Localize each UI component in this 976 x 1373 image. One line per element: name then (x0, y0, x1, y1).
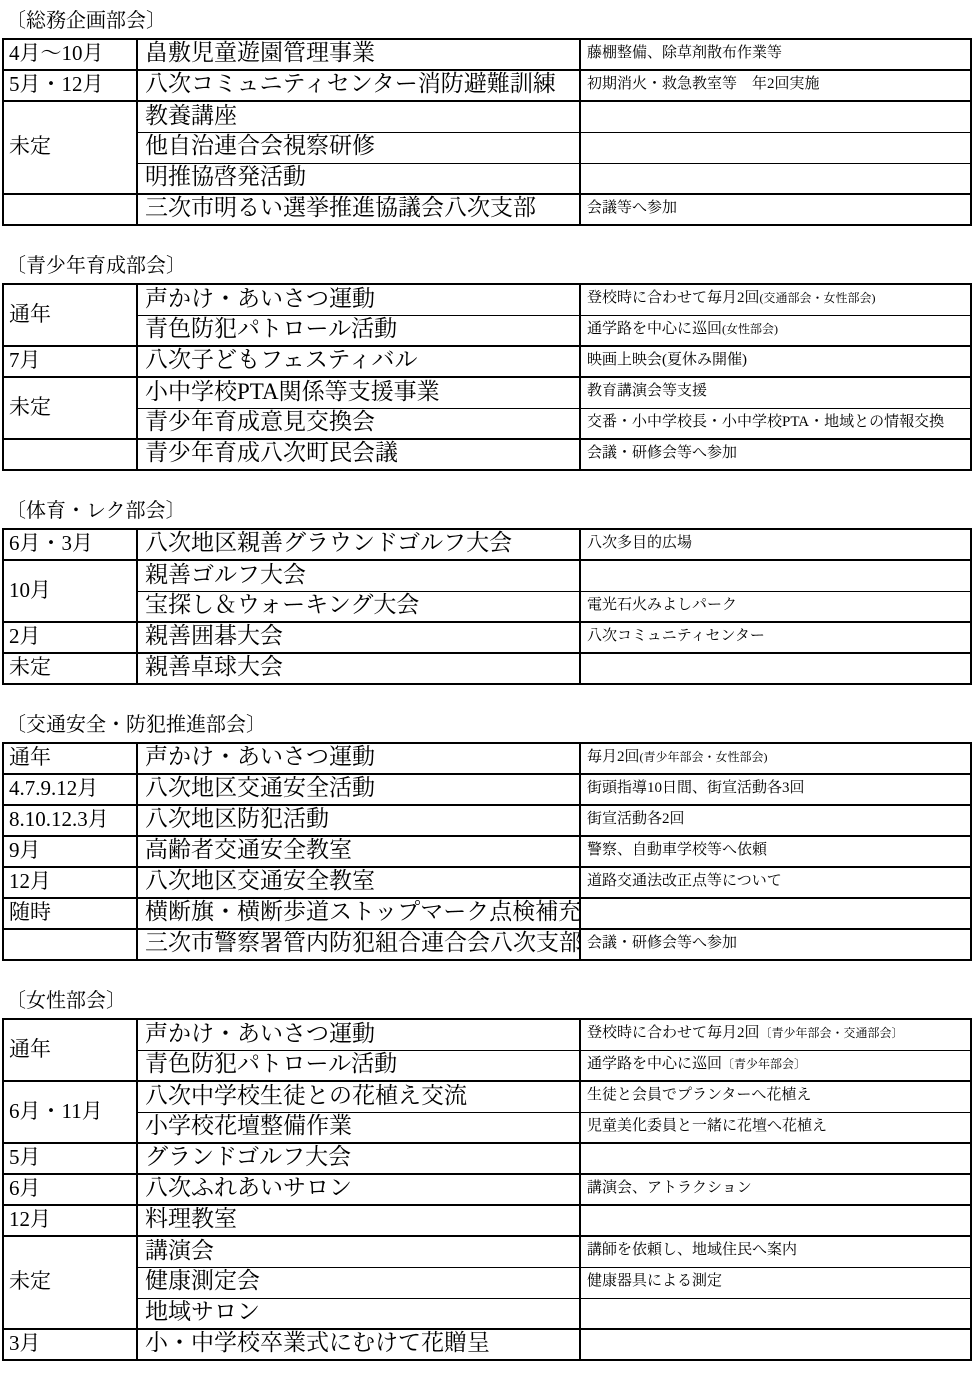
note-cell: 街宣活動各2回 (580, 805, 971, 836)
period-cell: 通年 (3, 1019, 137, 1081)
activity-cell: 八次地区交通安全教室 (137, 867, 580, 898)
period-cell: 未定 (3, 101, 137, 194)
table-row: 3月小・中学校卒業式にむけて花贈呈 (3, 1329, 971, 1360)
schedule-table: 通年声かけ・あいさつ運動毎月2回(青少年部会・女性部会)4.7.9.12月八次地… (2, 742, 972, 961)
note-text: 街頭指導10日間、街宣活動各3回 (587, 780, 805, 796)
activity-cell: 料理教室 (137, 1205, 580, 1236)
section-title: 〔体育・レク部会〕 (6, 500, 973, 522)
activity-cell: 宝探し＆ウォーキング大会 (137, 591, 580, 622)
note-text: 藤棚整備、除草剤散布作業等 (587, 45, 782, 61)
activity-cell: 声かけ・あいさつ運動 (137, 743, 580, 774)
committee-section: 〔青少年育成部会〕通年声かけ・あいさつ運動登校時に合わせて毎月2回(交通部会・女… (2, 255, 973, 471)
activity-cell: 八次コミュニティセンター消防避難訓練 (137, 70, 580, 101)
table-row: 健康測定会健康器具による測定 (3, 1267, 971, 1298)
table-row: 青色防犯パトロール活動通学路を中心に巡回〔青少年部会〕 (3, 1050, 971, 1081)
activity-cell: 明推協啓発活動 (137, 163, 580, 194)
activity-cell: 教養講座 (137, 101, 580, 132)
period-cell: 6月 (3, 1174, 137, 1205)
note-cell: 講師を依頼し、地域住民へ案内 (580, 1236, 971, 1267)
note-cell (580, 1143, 971, 1174)
note-cell: 教育講演会等支援 (580, 377, 971, 408)
period-cell: 未定 (3, 1236, 137, 1329)
table-row: 未定親善卓球大会 (3, 653, 971, 684)
table-row: 三次市警察署管内防犯組合連合会八次支部会議・研修会等へ参加 (3, 929, 971, 960)
activity-cell: 親善囲碁大会 (137, 622, 580, 653)
note-cell: 電光石火みよしパーク (580, 591, 971, 622)
note-small-text: (青少年部会・女性部会) (640, 750, 768, 764)
activity-cell: 小学校花壇整備作業 (137, 1112, 580, 1143)
activity-cell: 小中学校PTA関係等支援事業 (137, 377, 580, 408)
table-row: 未定小中学校PTA関係等支援事業教育講演会等支援 (3, 377, 971, 408)
note-cell: 藤棚整備、除草剤散布作業等 (580, 39, 971, 70)
section-title: 〔総務企画部会〕 (6, 10, 973, 32)
activity-cell: 三次市明るい選挙推進協議会八次支部 (137, 194, 580, 225)
table-row: 青色防犯パトロール活動通学路を中心に巡回(女性部会) (3, 315, 971, 346)
period-cell (3, 194, 137, 225)
note-small-text: 〔青少年部会・交通部会〕 (760, 1026, 904, 1040)
table-row: 通年声かけ・あいさつ運動毎月2回(青少年部会・女性部会) (3, 743, 971, 774)
activity-cell: 八次地区交通安全活動 (137, 774, 580, 805)
activity-cell: 畠敷児童遊園管理事業 (137, 39, 580, 70)
note-cell: 街頭指導10日間、街宣活動各3回 (580, 774, 971, 805)
note-text: 会議等へ参加 (587, 200, 677, 216)
committee-section: 〔女性部会〕通年声かけ・あいさつ運動登校時に合わせて毎月2回〔青少年部会・交通部… (2, 990, 973, 1361)
note-text: 教育講演会等支援 (587, 383, 707, 399)
committee-section: 〔交通安全・防犯推進部会〕通年声かけ・あいさつ運動毎月2回(青少年部会・女性部会… (2, 714, 973, 961)
note-cell: 初期消火・救急教室等 年2回実施 (580, 70, 971, 101)
note-text: 登校時に合わせて毎月2回 (587, 290, 760, 306)
note-small-text: (女性部会) (722, 322, 778, 336)
note-cell (580, 653, 971, 684)
table-row: 未定教養講座 (3, 101, 971, 132)
table-row: 随時横断旗・横断歩道ストップマーク点検補充 (3, 898, 971, 929)
note-cell (580, 898, 971, 929)
period-cell: 通年 (3, 743, 137, 774)
table-row: 12月料理教室 (3, 1205, 971, 1236)
table-row: 9月高齢者交通安全教室警察、自動車学校等へ依頼 (3, 836, 971, 867)
activity-cell: 声かけ・あいさつ運動 (137, 284, 580, 315)
table-row: 4月～10月畠敷児童遊園管理事業藤棚整備、除草剤散布作業等 (3, 39, 971, 70)
table-row: 宝探し＆ウォーキング大会電光石火みよしパーク (3, 591, 971, 622)
period-cell: 6月・3月 (3, 529, 137, 560)
note-cell (580, 1329, 971, 1360)
note-text: 講演会、アトラクション (587, 1180, 752, 1196)
activity-cell: 小・中学校卒業式にむけて花贈呈 (137, 1329, 580, 1360)
period-cell: 12月 (3, 1205, 137, 1236)
note-small-text: 〔青少年部会〕 (722, 1057, 806, 1071)
period-cell: 10月 (3, 560, 137, 622)
note-cell: 映画上映会(夏休み開催) (580, 346, 971, 377)
table-row: 通年声かけ・あいさつ運動登校時に合わせて毎月2回〔青少年部会・交通部会〕 (3, 1019, 971, 1050)
committee-section: 〔総務企画部会〕4月～10月畠敷児童遊園管理事業藤棚整備、除草剤散布作業等5月・… (2, 10, 973, 226)
note-cell: 道路交通法改正点等について (580, 867, 971, 898)
note-cell (580, 132, 971, 163)
table-row: 10月親善ゴルフ大会 (3, 560, 971, 591)
table-row: 6月・11月八次中学校生徒との花植え交流生徒と会員でプランターへ花植え (3, 1081, 971, 1112)
note-text: 映画上映会(夏休み開催) (587, 352, 747, 368)
table-row: 地域サロン (3, 1298, 971, 1329)
note-cell: 児童美化委員と一緒に花壇へ花植え (580, 1112, 971, 1143)
activity-cell: 八次地区防犯活動 (137, 805, 580, 836)
note-cell (580, 1298, 971, 1329)
table-row: 5月・12月八次コミュニティセンター消防避難訓練初期消火・救急教室等 年2回実施 (3, 70, 971, 101)
note-text: 生徒と会員でプランターへ花植え (587, 1087, 811, 1103)
period-cell: 通年 (3, 284, 137, 346)
note-cell: 生徒と会員でプランターへ花植え (580, 1081, 971, 1112)
activity-cell: 横断旗・横断歩道ストップマーク点検補充 (137, 898, 580, 929)
table-row: 4.7.9.12月八次地区交通安全活動街頭指導10日間、街宣活動各3回 (3, 774, 971, 805)
table-row: 他自治連合会視察研修 (3, 132, 971, 163)
note-cell: 登校時に合わせて毎月2回〔青少年部会・交通部会〕 (580, 1019, 971, 1050)
section-title: 〔女性部会〕 (6, 990, 973, 1012)
table-row: 未定講演会講師を依頼し、地域住民へ案内 (3, 1236, 971, 1267)
period-cell (3, 439, 137, 470)
note-cell: 毎月2回(青少年部会・女性部会) (580, 743, 971, 774)
note-text: 登校時に合わせて毎月2回 (587, 1025, 760, 1041)
note-text: 会議・研修会等へ参加 (587, 445, 737, 461)
schedule-table: 4月～10月畠敷児童遊園管理事業藤棚整備、除草剤散布作業等5月・12月八次コミュ… (2, 38, 972, 226)
note-cell: 通学路を中心に巡回(女性部会) (580, 315, 971, 346)
note-cell: 健康器具による測定 (580, 1267, 971, 1298)
activity-cell: 青色防犯パトロール活動 (137, 315, 580, 346)
note-cell: 八次コミュニティセンター (580, 622, 971, 653)
note-text: 電光石火みよしパーク (587, 597, 737, 613)
table-row: 2月親善囲碁大会八次コミュニティセンター (3, 622, 971, 653)
period-cell: 随時 (3, 898, 137, 929)
activity-cell: 健康測定会 (137, 1267, 580, 1298)
schedule-table: 通年声かけ・あいさつ運動登校時に合わせて毎月2回〔青少年部会・交通部会〕青色防犯… (2, 1018, 972, 1361)
note-cell: 講演会、アトラクション (580, 1174, 971, 1205)
activity-cell: 八次ふれあいサロン (137, 1174, 580, 1205)
note-text: 毎月2回 (587, 749, 640, 765)
note-cell: 通学路を中心に巡回〔青少年部会〕 (580, 1050, 971, 1081)
activity-cell: 八次子どもフェスティバル (137, 346, 580, 377)
note-text: 八次コミュニティセンター (587, 628, 765, 644)
period-cell: 未定 (3, 653, 137, 684)
note-text: 児童美化委員と一緒に花壇へ花植え (587, 1118, 827, 1134)
activity-cell: 青少年育成八次町民会議 (137, 439, 580, 470)
table-row: 小学校花壇整備作業児童美化委員と一緒に花壇へ花植え (3, 1112, 971, 1143)
activity-cell: 他自治連合会視察研修 (137, 132, 580, 163)
table-row: 明推協啓発活動 (3, 163, 971, 194)
period-cell: 2月 (3, 622, 137, 653)
note-text: 初期消火・救急教室等 年2回実施 (587, 76, 820, 92)
period-cell: 9月 (3, 836, 137, 867)
schedule-table: 6月・3月八次地区親善グラウンドゴルフ大会八次多目的広場10月親善ゴルフ大会宝探… (2, 528, 972, 685)
page: 〔総務企画部会〕4月～10月畠敷児童遊園管理事業藤棚整備、除草剤散布作業等5月・… (0, 0, 976, 1361)
activity-cell: 青色防犯パトロール活動 (137, 1050, 580, 1081)
activity-cell: 地域サロン (137, 1298, 580, 1329)
section-title: 〔交通安全・防犯推進部会〕 (6, 714, 973, 736)
period-cell: 12月 (3, 867, 137, 898)
activity-cell: 親善ゴルフ大会 (137, 560, 580, 591)
note-text: 講師を依頼し、地域住民へ案内 (587, 1242, 797, 1258)
period-cell: 4月～10月 (3, 39, 137, 70)
note-cell: 八次多目的広場 (580, 529, 971, 560)
note-text: 会議・研修会等へ参加 (587, 935, 737, 951)
period-cell (3, 929, 137, 960)
period-cell: 未定 (3, 377, 137, 439)
note-text: 健康器具による測定 (587, 1273, 722, 1289)
period-cell: 8.10.12.3月 (3, 805, 137, 836)
period-cell: 5月 (3, 1143, 137, 1174)
activity-cell: 高齢者交通安全教室 (137, 836, 580, 867)
table-row: 6月八次ふれあいサロン講演会、アトラクション (3, 1174, 971, 1205)
committee-section: 〔体育・レク部会〕6月・3月八次地区親善グラウンドゴルフ大会八次多目的広場10月… (2, 500, 973, 685)
note-text: 通学路を中心に巡回 (587, 1056, 722, 1072)
note-cell: 会議・研修会等へ参加 (580, 929, 971, 960)
note-text: 警察、自動車学校等へ依頼 (587, 842, 767, 858)
activity-cell: グランドゴルフ大会 (137, 1143, 580, 1174)
table-row: 8.10.12.3月八次地区防犯活動街宣活動各2回 (3, 805, 971, 836)
activity-cell: 三次市警察署管内防犯組合連合会八次支部 (137, 929, 580, 960)
table-row: 青少年育成八次町民会議会議・研修会等へ参加 (3, 439, 971, 470)
note-cell: 交番・小中学校長・小中学校PTA・地域との情報交換 (580, 408, 971, 439)
period-cell: 6月・11月 (3, 1081, 137, 1143)
table-row: 5月グランドゴルフ大会 (3, 1143, 971, 1174)
period-cell: 3月 (3, 1329, 137, 1360)
note-cell (580, 560, 971, 591)
activity-cell: 親善卓球大会 (137, 653, 580, 684)
note-cell: 会議等へ参加 (580, 194, 971, 225)
table-row: 7月八次子どもフェスティバル映画上映会(夏休み開催) (3, 346, 971, 377)
note-cell: 登校時に合わせて毎月2回(交通部会・女性部会) (580, 284, 971, 315)
table-row: 12月八次地区交通安全教室道路交通法改正点等について (3, 867, 971, 898)
activity-cell: 八次中学校生徒との花植え交流 (137, 1081, 580, 1112)
table-row: 三次市明るい選挙推進協議会八次支部会議等へ参加 (3, 194, 971, 225)
period-cell: 4.7.9.12月 (3, 774, 137, 805)
note-text: 交番・小中学校長・小中学校PTA・地域との情報交換 (587, 414, 944, 430)
note-text: 通学路を中心に巡回 (587, 321, 722, 337)
note-small-text: (交通部会・女性部会) (760, 291, 876, 305)
table-row: 通年声かけ・あいさつ運動登校時に合わせて毎月2回(交通部会・女性部会) (3, 284, 971, 315)
period-cell: 5月・12月 (3, 70, 137, 101)
note-cell (580, 163, 971, 194)
activity-cell: 講演会 (137, 1236, 580, 1267)
period-cell: 7月 (3, 346, 137, 377)
table-row: 青少年育成意見交換会交番・小中学校長・小中学校PTA・地域との情報交換 (3, 408, 971, 439)
note-cell: 警察、自動車学校等へ依頼 (580, 836, 971, 867)
note-text: 八次多目的広場 (587, 535, 692, 551)
note-cell (580, 101, 971, 132)
note-text: 街宣活動各2回 (587, 811, 685, 827)
section-title: 〔青少年育成部会〕 (6, 255, 973, 277)
note-text: 道路交通法改正点等について (587, 873, 782, 889)
activity-cell: 青少年育成意見交換会 (137, 408, 580, 439)
table-row: 6月・3月八次地区親善グラウンドゴルフ大会八次多目的広場 (3, 529, 971, 560)
activity-cell: 声かけ・あいさつ運動 (137, 1019, 580, 1050)
note-cell: 会議・研修会等へ参加 (580, 439, 971, 470)
schedule-table: 通年声かけ・あいさつ運動登校時に合わせて毎月2回(交通部会・女性部会)青色防犯パ… (2, 283, 972, 471)
activity-cell: 八次地区親善グラウンドゴルフ大会 (137, 529, 580, 560)
note-cell (580, 1205, 971, 1236)
